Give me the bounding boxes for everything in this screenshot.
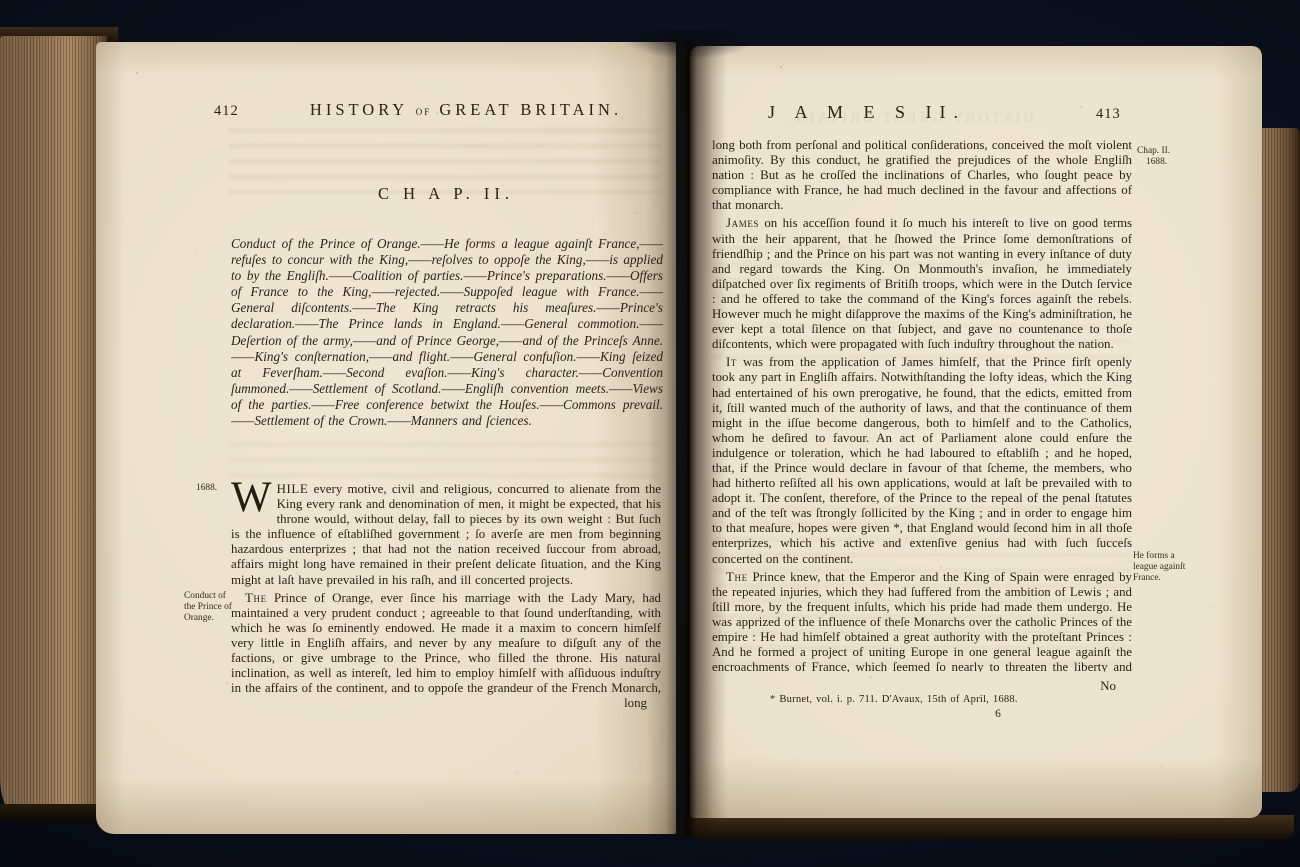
chapter-heading: C H A P. II. (229, 184, 663, 204)
running-title-word: GREAT BRITAIN. (439, 100, 622, 119)
left-page-fore-edge (0, 36, 107, 812)
paragraph-text: every motive, civil and religious, concu… (231, 482, 661, 587)
paragraph-text: Prince of Orange, ever ſince his marriag… (231, 591, 661, 696)
paragraph-text: long both from perſonal and political co… (712, 138, 1132, 212)
paragraph: long both from perſonal and political co… (712, 138, 1132, 213)
paper-foxing-specks (780, 66, 782, 68)
footnote: * Burnet, vol. i. p. 711. D'Avaux, 15th … (770, 694, 1090, 705)
running-title-of: of (416, 104, 432, 118)
running-title-word: HISTORY (310, 100, 408, 119)
margin-note-year: 1688. (196, 483, 228, 494)
paragraph-lead: The (245, 591, 267, 605)
paragraph-text: Prince knew, that the Emperor and the Ki… (712, 570, 1132, 672)
margin-note-year-line: 1688. (1137, 157, 1189, 168)
paragraph-lead: It (726, 355, 737, 369)
chapter-argument: Conduct of the Prince of Orange.——He for… (231, 236, 663, 468)
page-number: 413 (1096, 106, 1140, 123)
paragraph: It was from the application of James him… (712, 355, 1132, 566)
paragraph-lead: HILE (277, 482, 309, 496)
paragraph: WHILE every motive, civil and religious,… (231, 482, 661, 588)
paragraph-text: was from the application of James himſel… (712, 355, 1132, 565)
margin-note-chapter-line: Chap. II. (1137, 146, 1189, 157)
paragraph: The Prince of Orange, ever ſince his mar… (231, 591, 661, 696)
paper-foxing-specks (136, 72, 138, 74)
running-title: HISTORY of GREAT BRITAIN. (246, 100, 686, 120)
right-page: HISTORY GREAT BRITAIN. J A M E S II. 413… (690, 46, 1262, 818)
paragraph: James on his acceſſion found it ſo much … (712, 216, 1132, 352)
book-cover-edge-bottom-right (688, 815, 1294, 839)
left-page: 412 HISTORY of GREAT BRITAIN. C H A P. I… (96, 42, 676, 834)
margin-note-league: He forms a league againſt France. (1133, 551, 1199, 584)
drop-capital: W (231, 482, 277, 513)
margin-note-chapter: Chap. II. 1688. (1137, 146, 1189, 168)
catchword: long (231, 696, 661, 711)
signature-mark: 6 (988, 708, 1008, 720)
page-number: 412 (214, 103, 239, 120)
paragraph-lead: The (726, 570, 748, 584)
body-text-column: long both from perſonal and political co… (712, 138, 1132, 672)
paragraph: The Prince knew, that the Emperor and th… (712, 570, 1132, 672)
paragraph-text: on his acceſſion found it ſo much his in… (712, 216, 1132, 351)
body-text-column: WHILE every motive, civil and religious,… (231, 482, 661, 696)
paragraph-lead: James (726, 216, 759, 230)
running-title: J A M E S II. (690, 102, 1044, 123)
photograph-open-book: 412 HISTORY of GREAT BRITAIN. C H A P. I… (0, 0, 1300, 867)
margin-note-conduct: Conduct of the Prince of Orange. (184, 591, 238, 624)
catchword: No (712, 679, 1132, 694)
